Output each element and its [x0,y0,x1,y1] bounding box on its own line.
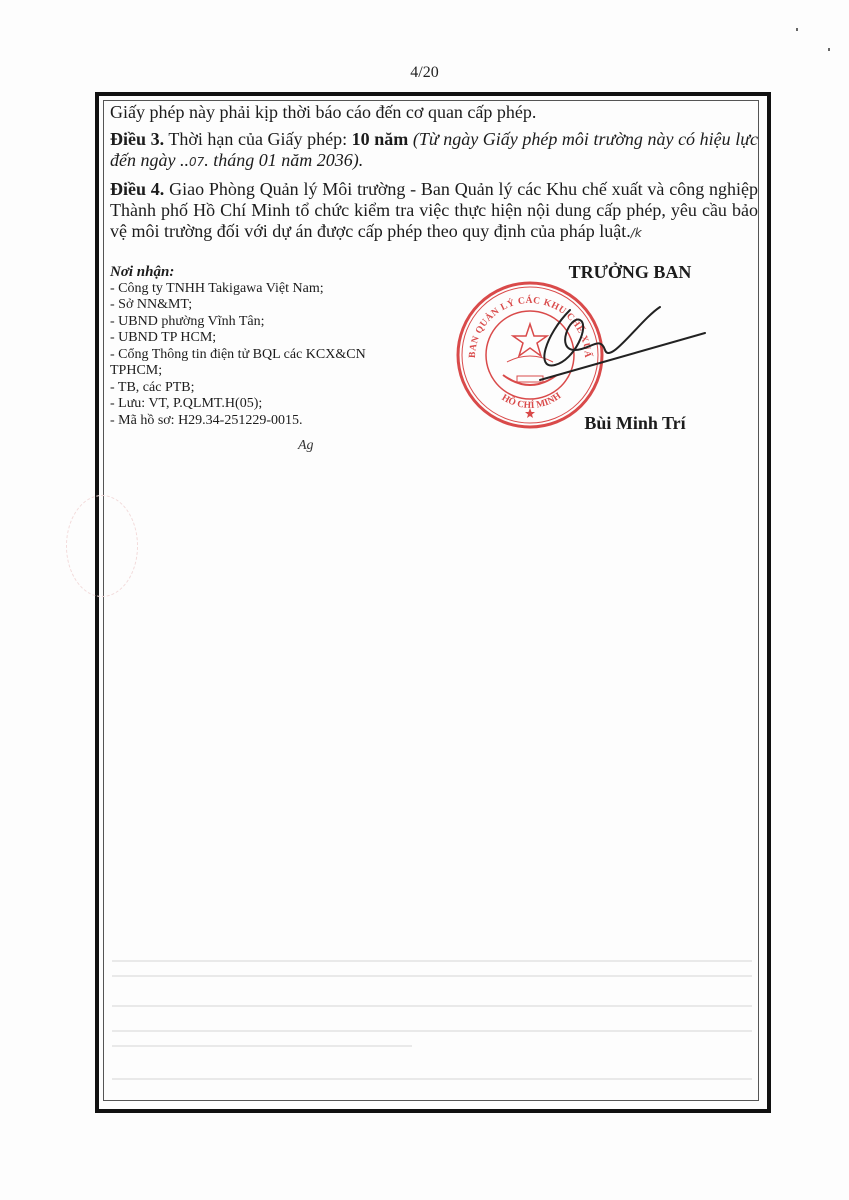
recipient-item: - Cổng Thông tin điện tử BQL các KCX&CN … [110,347,370,380]
recipients-block: Nơi nhận: - Công ty TNHH Takigawa Việt N… [110,264,370,429]
recipients-title: Nơi nhận: [110,264,370,281]
handwritten-day: 07 [189,155,204,169]
bleed-through-line [112,975,752,977]
recipient-item: - Mã hồ sơ: H29.34-251229-0015. [110,413,370,430]
article-3: Điều 3. Thời hạn của Giấy phép: 10 năm (… [110,129,758,173]
bleed-through-line [112,1078,752,1080]
article-4-text: Giao Phòng Quản lý Môi trường - Ban Quản… [110,179,758,241]
scan-speck [828,48,830,51]
recipient-item: - TB, các PTB; [110,380,370,397]
bleed-through-line [112,1030,752,1032]
recipient-item: - Công ty TNHH Takigawa Việt Nam; [110,281,370,298]
recipient-item: - Lưu: VT, P.QLMT.H(05); [110,396,370,413]
signer-name: Bùi Minh Trí [555,413,715,434]
article-3-text: Thời hạn của Giấy phép: [164,129,352,149]
recipient-item: - UBND TP HCM; [110,330,370,347]
page-border-inner [103,100,759,1101]
bleed-through-stamp [66,495,138,597]
page-number: 4/20 [0,64,849,82]
recipient-item: - Sở NN&MT; [110,297,370,314]
bleed-through-line [112,1005,752,1007]
scan-speck [796,28,798,31]
article-3-note-end: . tháng 01 năm 2036). [204,150,363,170]
handwritten-mark: /k [631,226,642,240]
bleed-through-line [112,1045,412,1047]
bleed-through-line [112,960,752,962]
signature-icon [530,295,710,385]
recipient-item: - UBND phường Vĩnh Tân; [110,314,370,331]
article-3-label: Điều 3. [110,129,164,149]
handwritten-initials: Ag [298,438,314,454]
permit-duration: 10 năm [352,129,409,149]
article-4: Điều 4. Giao Phòng Quản lý Môi trường - … [110,179,758,244]
body-line-1: Giấy phép này phải kịp thời báo cáo đến … [110,102,758,123]
article-4-label: Điều 4. [110,179,164,199]
document-body: Giấy phép này phải kịp thời báo cáo đến … [110,102,758,250]
